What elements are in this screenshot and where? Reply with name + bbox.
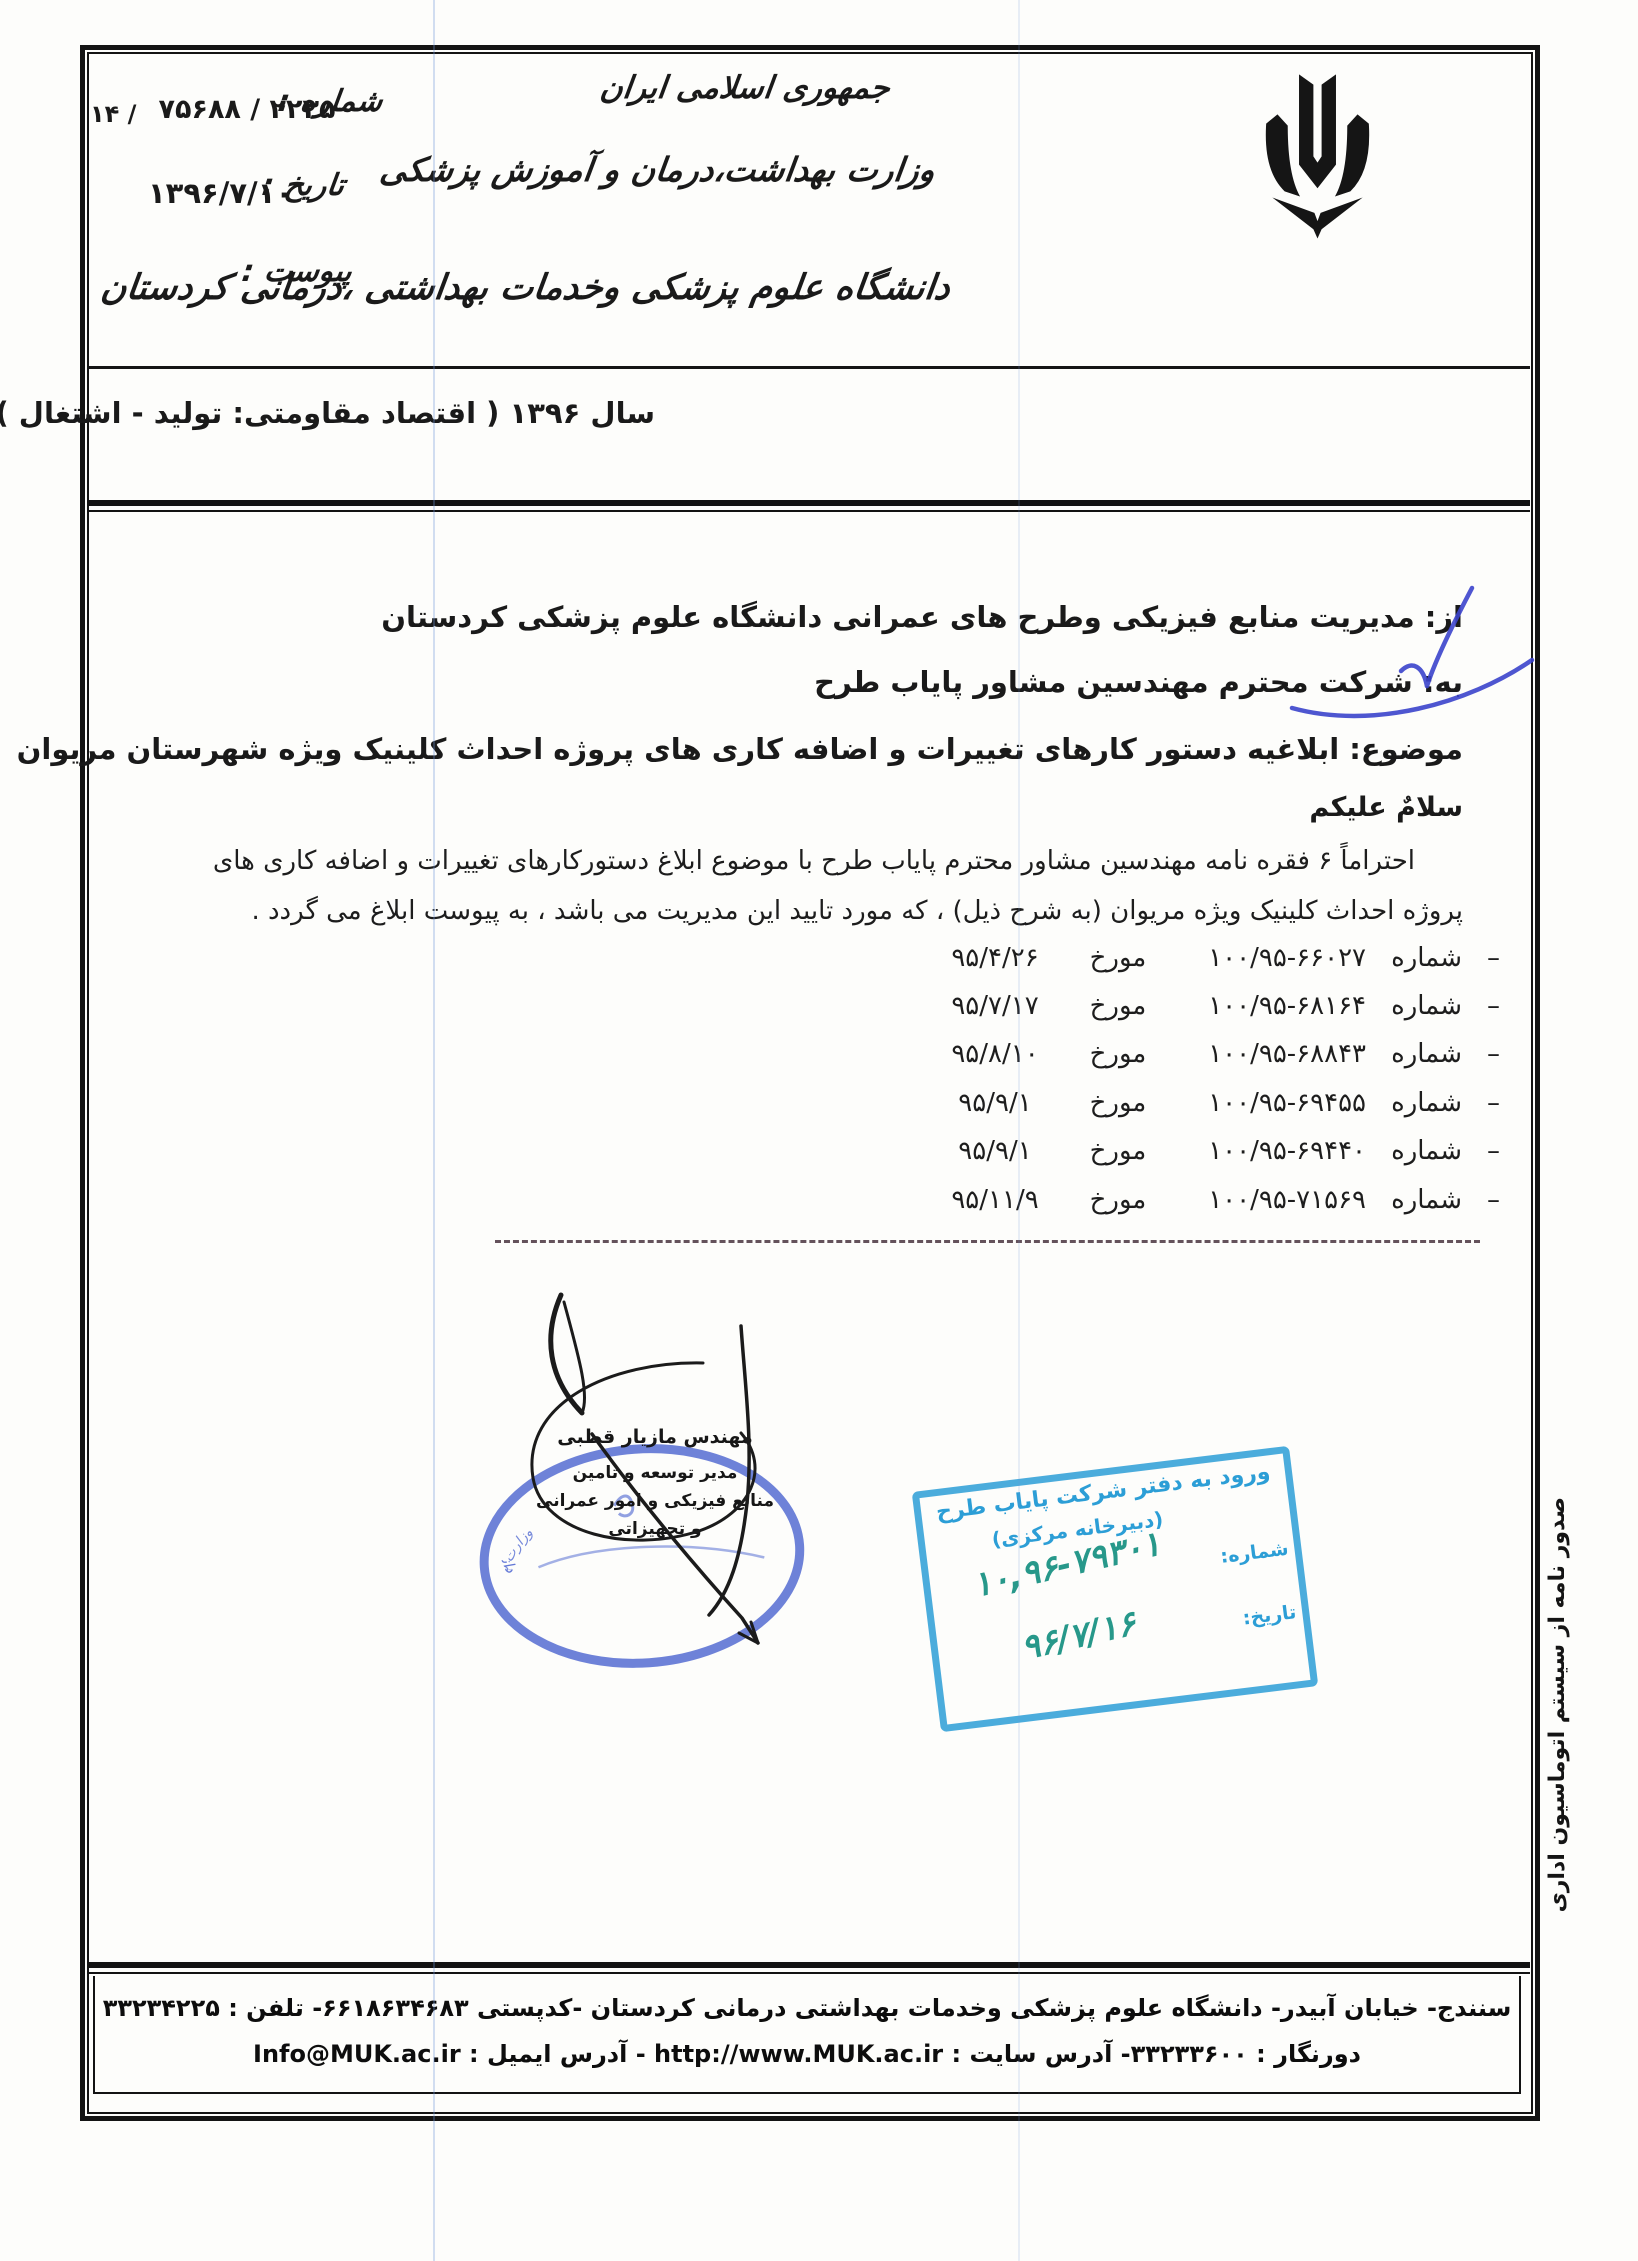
item-number-label: شماره — [1366, 1136, 1462, 1166]
scanned-letter-page: جمهوری اسلامی ایران وزارت بهداشت،درمان و… — [0, 0, 1638, 2261]
bullet-dash: – — [1462, 1185, 1500, 1215]
item-dated-label: مورخ — [1052, 1185, 1184, 1215]
item-number-value: ۱۰۰/۹۵-۷۱۵۶۹ — [1184, 1185, 1366, 1215]
item-dated-label: مورخ — [1052, 991, 1184, 1021]
item-date-value: ۹۵/۷/۱۷ — [938, 991, 1052, 1021]
slogan-divider — [87, 500, 1530, 512]
item-date-value: ۹۵/۱۱/۹ — [938, 1185, 1052, 1215]
bullet-dash: – — [1462, 991, 1500, 1021]
item-number-label: شماره — [1366, 991, 1462, 1021]
item-date-value: ۹۵/۴/۲۶ — [938, 943, 1052, 973]
referenced-letter-row: – شماره ۱۰۰/۹۵-۶۶۰۲۷ مورخ ۹۵/۴/۲۶ — [938, 943, 1500, 973]
body-paragraph-line2: پروژه احداث کلینیک ویژه مریوان (به شرح ذ… — [178, 896, 1463, 926]
referenced-letter-row: – شماره ۱۰۰/۹۵-۷۱۵۶۹ مورخ ۹۵/۱۱/۹ — [938, 1185, 1500, 1215]
document-inner-border — [87, 52, 1533, 2114]
item-number-label: شماره — [1366, 943, 1462, 973]
item-number-value: ۱۰۰/۹۵-۶۹۴۵۵ — [1184, 1088, 1366, 1118]
document-border — [80, 45, 1540, 2121]
referenced-letter-row: – شماره ۱۰۰/۹۵-۶۹۴۵۵ مورخ ۹۵/۹/۱ — [938, 1088, 1500, 1118]
entry-stamp-date-label: تاریخ: — [1242, 1601, 1298, 1629]
letter-date-value: ۱۳۹۶/۷/۱۰ — [128, 176, 313, 210]
item-number-label: شماره — [1366, 1039, 1462, 1069]
letter-number-value: ۷۵۶۸۸ / ۲۲۳۵ — [142, 94, 352, 125]
referenced-letter-row: – شماره ۱۰۰/۹۵-۶۸۸۴۳ مورخ ۹۵/۸/۱۰ — [938, 1039, 1500, 1069]
item-dated-label: مورخ — [1052, 943, 1184, 973]
item-number-value: ۱۰۰/۹۵-۶۸۸۴۳ — [1184, 1039, 1366, 1069]
item-number-value: ۱۰۰/۹۵-۶۹۴۴۰ — [1184, 1136, 1366, 1166]
referenced-letter-row: – شماره ۱۰۰/۹۵-۶۹۴۴۰ مورخ ۹۵/۹/۱ — [938, 1136, 1500, 1166]
footer-box: سنندج- خیابان آبیدر- دانشگاه علوم پزشکی … — [93, 1976, 1521, 2094]
bullet-dash: – — [1462, 1136, 1500, 1166]
automation-system-note: صدور نامه از سیستم اتوماسیون اداری — [1545, 1497, 1575, 1932]
footer-address-line: سنندج- خیابان آبیدر- دانشگاه علوم پزشکی … — [95, 1994, 1519, 2022]
subject-line: موضوع: ابلاغیه دستور کارهای تغییرات و اض… — [178, 732, 1463, 766]
item-date-value: ۹۵/۹/۱ — [938, 1088, 1052, 1118]
pen-checkmark-icon — [1140, 572, 1540, 737]
org-university-line: دانشگاه علوم پزشکی وخدمات بهداشتی ،درمان… — [298, 268, 953, 308]
handdrawn-separator — [495, 1240, 1480, 1243]
attachment-label: پيوست : — [240, 254, 354, 289]
item-date-value: ۹۵/۹/۱ — [938, 1136, 1052, 1166]
bullet-dash: – — [1462, 1039, 1500, 1069]
item-number-value: ۱۰۰/۹۵-۶۸۱۶۴ — [1184, 991, 1366, 1021]
entry-stamp-number-label: شماره: — [1219, 1538, 1289, 1568]
org-ministry-line: وزارت بهداشت،درمان و آموزش پزشکی — [453, 150, 938, 189]
item-number-label: شماره — [1366, 1185, 1462, 1215]
handwritten-signature — [440, 1262, 860, 1682]
item-dated-label: مورخ — [1052, 1088, 1184, 1118]
org-country-line: جمهوری اسلامی ایران — [593, 70, 897, 106]
bullet-dash: – — [1462, 1088, 1500, 1118]
body-paragraph-line1: احتراماً ۶ فقره نامه مهندسین مشاور محترم… — [130, 846, 1463, 876]
item-date-value: ۹۵/۸/۱۰ — [938, 1039, 1052, 1069]
item-dated-label: مورخ — [1052, 1039, 1184, 1069]
year-slogan: سال ۱۳۹۶ ( اقتصاد مقاومتی: تولید - اشتغا… — [265, 396, 655, 430]
item-number-label: شماره — [1366, 1088, 1462, 1118]
bullet-dash: – — [1462, 943, 1500, 973]
salutation-line: سلامٌ علیکم — [178, 792, 1463, 823]
header-divider — [87, 366, 1530, 369]
footer-contact-line: دورنگار : ۳۳۲۳۳۶۰۰- آدرس سایت : http://w… — [95, 2040, 1519, 2068]
footer-divider — [87, 1962, 1530, 1974]
company-entry-stamp: ورود به دفتر شرکت پایاب طرح (دبیرخانه مر… — [912, 1446, 1319, 1733]
item-number-value: ۱۰۰/۹۵-۶۶۰۲۷ — [1184, 943, 1366, 973]
letter-number-prefix: ۱۴ / — [90, 100, 136, 128]
allah-emblem-icon — [1245, 62, 1390, 257]
referenced-letter-row: – شماره ۱۰۰/۹۵-۶۸۱۶۴ مورخ ۹۵/۷/۱۷ — [938, 991, 1500, 1021]
entry-stamp-date-value: ۹۶/۷/۱۶ — [972, 1593, 1186, 1679]
item-dated-label: مورخ — [1052, 1136, 1184, 1166]
